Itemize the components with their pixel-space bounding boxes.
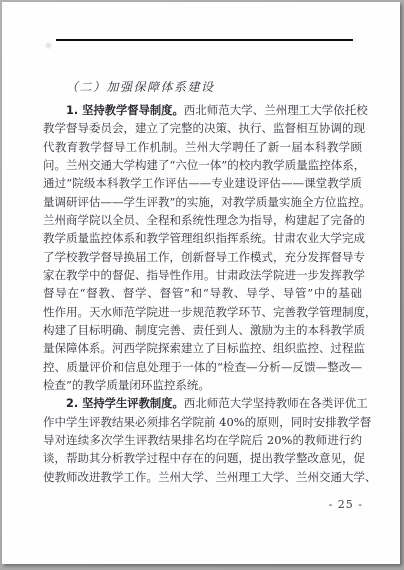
page-number: - 25 -	[329, 498, 363, 511]
paragraph-text: 构建了目标明确、制度完善、责任到人、激励为主的本科教学质	[43, 323, 365, 337]
document-page: （二）加强保障体系建设 1. 坚持教学督导制度。西北师范大学、兰州理工大学依托校…	[2, 2, 400, 564]
text-line: 代教育教学督导工作机制。兰州大学聘任了新一届本科教学顾	[43, 138, 362, 156]
paragraph-label: 2. 坚持学生评教制度。	[66, 397, 184, 410]
paragraph-text: 作中学生评教结果必须排名学院前 40%的原则，同时安排教学督	[43, 415, 371, 429]
text-line: 构建了目标明确、制度完善、责任到人、激励为主的本科教学质	[43, 321, 362, 339]
paragraph-label: 1. 坚持教学督导制度。	[66, 104, 184, 117]
text-line: 教学督导委员会，建立了完整的决策、执行、监督相互协调的现	[43, 119, 362, 137]
text-line: 了学校教学督导换届工作，创新督导工作模式，充分发挥督导专	[43, 248, 362, 266]
paragraph-text: 使教师改进教学工作。兰州大学、兰州理工大学、兰州交通大学、	[43, 470, 377, 484]
paragraph-text: 性作用。天水师范学院进一步规范教学环节、完善教学管理制度，	[43, 305, 377, 319]
text-line: 兰州商学院以全员、全程和系统性理念为指导，构建起了完备的	[43, 211, 362, 229]
text-line: 使教师改进教学工作。兰州大学、兰州理工大学、兰州交通大学、	[43, 468, 362, 486]
scan-smudge	[45, 42, 52, 49]
text-line: 1. 坚持教学督导制度。西北师范大学、兰州理工大学依托校	[43, 101, 362, 119]
scanned-page-view: （二）加强保障体系建设 1. 坚持教学督导制度。西北师范大学、兰州理工大学依托校…	[0, 0, 404, 570]
paragraph-text: 量保障体系。河西学院探索建立了目标监控、组织监控、过程监	[43, 341, 365, 355]
header-rule	[56, 39, 353, 41]
paragraph-text: 导对连续多次学生评教结果排名均在学院后 20%的教师进行约	[43, 433, 362, 447]
text-line: 性作用。天水师范学院进一步规范教学环节、完善教学管理制度，	[43, 303, 362, 321]
paragraph-text: 量调研评估——学生评教”的实施，对教学质量实施全方位监控。	[43, 195, 371, 209]
paragraph-text: 谈，帮助其分析教学过程中存在的问题，提出教学整改意见，促	[43, 451, 365, 465]
paragraph-text: 检查”的教学质量闭环监控系统。	[43, 378, 210, 392]
section-heading: （二）加强保障体系建设	[43, 78, 362, 96]
paragraph-text: 教学质量监控体系和教学管理组织指挥系统。甘肃农业大学完成	[43, 231, 365, 245]
text-line: 谈，帮助其分析教学过程中存在的问题，提出教学整改意见，促	[43, 449, 362, 467]
text-line: 教学质量监控体系和教学管理组织指挥系统。甘肃农业大学完成	[43, 229, 362, 247]
paragraph-text: 通过“院级本科教学工作评估——专业建设评估——课堂教学质	[43, 176, 362, 190]
text-line: 量保障体系。河西学院探索建立了目标监控、组织监控、过程监	[43, 339, 362, 357]
paragraph-text: 西北师范大学坚持教师在各类评优工	[184, 396, 368, 410]
text-line: 2. 坚持学生评教制度。西北师范大学坚持教师在各类评优工	[43, 394, 362, 412]
text-line: 检查”的教学质量闭环监控系统。	[43, 376, 362, 394]
text-line: 家在教学中的督促、指导性作用。甘肃政法学院进一步发挥教学	[43, 266, 362, 284]
paragraph-text: 问。兰州交通大学构建了“六位一体”的校内教学质量监控体系，	[43, 158, 365, 172]
text-line: 作中学生评教结果必须排名学院前 40%的原则，同时安排教学督	[43, 413, 362, 431]
text-block: （二）加强保障体系建设 1. 坚持教学督导制度。西北师范大学、兰州理工大学依托校…	[43, 78, 362, 486]
paragraph-text: 督导在“督教、督学、督管”和“导教、导学、导管”中的基础	[43, 286, 362, 300]
text-line: 问。兰州交通大学构建了“六位一体”的校内教学质量监控体系，	[43, 156, 362, 174]
text-line: 量调研评估——学生评教”的实施，对教学质量实施全方位监控。	[43, 193, 362, 211]
paragraph-text: 了学校教学督导换届工作，创新督导工作模式，充分发挥督导专	[43, 250, 365, 264]
text-line: 督导在“督教、督学、督管”和“导教、导学、导管”中的基础	[43, 284, 362, 302]
paragraph-text: 兰州商学院以全员、全程和系统性理念为指导，构建起了完备的	[43, 213, 365, 227]
paragraph-text: 西北师范大学、兰州理工大学依托校	[184, 103, 368, 117]
text-line: 导对连续多次学生评教结果排名均在学院后 20%的教师进行约	[43, 431, 362, 449]
text-line: 控、质量评价和信息处理于一体的“检查—分析—反馈—整改—	[43, 358, 362, 376]
paragraph-text: 教学督导委员会，建立了完整的决策、执行、监督相互协调的现	[43, 121, 365, 135]
paragraph-text: 家在教学中的督促、指导性作用。甘肃政法学院进一步发挥教学	[43, 268, 365, 282]
paragraph-text: 代教育教学督导工作机制。兰州大学聘任了新一届本科教学顾	[43, 140, 362, 154]
paragraph-text: 控、质量评价和信息处理于一体的“检查—分析—反馈—整改—	[43, 360, 362, 374]
text-line: 通过“院级本科教学工作评估——专业建设评估——课堂教学质	[43, 174, 362, 192]
